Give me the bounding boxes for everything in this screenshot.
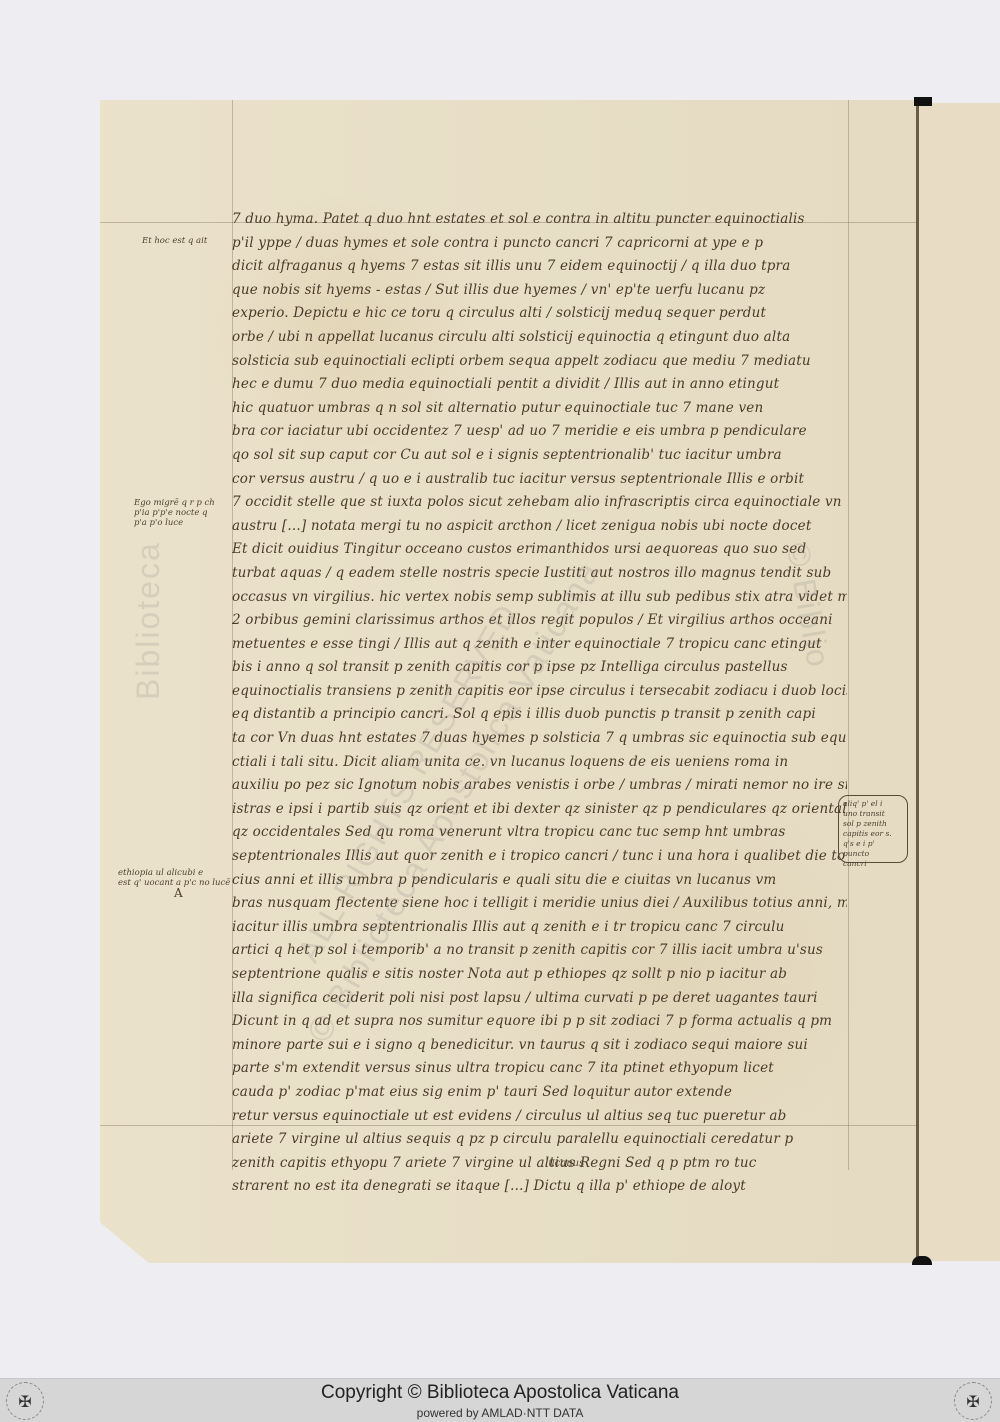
- margin-note-2-line: Ego migrē q r p ch: [134, 498, 215, 508]
- text-line: p'il yppe / duas hymes et sole contra i …: [232, 232, 847, 256]
- text-line: strarent no est ita denegrati se itaque …: [232, 1175, 847, 1199]
- text-line: qz occidentales Sed qu roma venerunt vlt…: [232, 821, 847, 845]
- text-line: eq distantib a principio cancri. Sol q e…: [232, 703, 847, 727]
- boxed-note-line: sol p zenith: [843, 819, 903, 829]
- text-line: austru [...] notata mergi tu no aspicit …: [232, 515, 847, 539]
- text-line: 7 duo hyma. Patet q duo hnt estates et s…: [232, 208, 847, 232]
- margin-note-3: ethiopia ul alicubi e est q' uocant a p'…: [118, 868, 230, 898]
- text-line: occasus vn virgilius. hic vertex nobis s…: [232, 586, 847, 610]
- text-line: ariete 7 virgine ul altius sequis q pz p…: [232, 1128, 847, 1152]
- boxed-note-line: capitis eor s.: [843, 829, 903, 839]
- text-line: septentrionales Illis aut quor zenith e …: [232, 845, 847, 869]
- text-line: cor versus austru / q uo e i australib t…: [232, 468, 847, 492]
- text-line: cauda p' zodiac p'mat eius sig enim p' t…: [232, 1081, 847, 1105]
- text-line: ctiali i tali situ. Dicit aliam unita ce…: [232, 751, 847, 775]
- text-line: experio. Depictu e hic ce toru q circulu…: [232, 302, 847, 326]
- text-line: Et dicit ouidius Tingitur occeano custos…: [232, 538, 847, 562]
- text-line: auxiliu po pez sic Ignotum nobis arabes …: [232, 774, 847, 798]
- text-line: que nobis sit hyems - estas / Sut illis …: [232, 279, 847, 303]
- text-line: parte s'm extendit versus sinus ultra tr…: [232, 1057, 847, 1081]
- margin-note-2-line: p'a p'o luce: [134, 518, 215, 528]
- text-line: hic quatuor umbras q n sol sit alternati…: [232, 397, 847, 421]
- vatican-seal-right-icon: ✠: [954, 1382, 992, 1420]
- boxed-note-line: cancri: [843, 859, 903, 869]
- margin-note-3-line: ethiopia ul alicubi e: [118, 868, 230, 878]
- boxed-note-line: aliq' p' el i: [843, 799, 903, 809]
- seal-ring: [954, 1382, 992, 1420]
- text-line: hec e dumu 7 duo media equinoctiali pent…: [232, 373, 847, 397]
- text-line: septentrione qualis e sitis noster Nota …: [232, 963, 847, 987]
- page-gutter: [916, 100, 919, 1263]
- powered-by: powered by AMLAD·NTT DATA: [0, 1406, 1000, 1420]
- watermark-left: Biblioteca: [130, 541, 167, 700]
- copyright-title: Copyright © Biblioteca Apostolica Vatica…: [0, 1382, 1000, 1404]
- margin-note-2: Ego migrē q r p ch p'ia p'p'e nocte q p'…: [134, 498, 215, 528]
- text-line: zenith capitis ethyopu 7 ariete 7 virgin…: [232, 1152, 847, 1176]
- text-line: istras e ipsi i partib suis qz orient et…: [232, 798, 847, 822]
- text-line: turbat aquas / q eadem stelle nostris sp…: [232, 562, 847, 586]
- text-line: retur versus equinoctiale ut est evidens…: [232, 1105, 847, 1129]
- text-line: dicit alfraganus q hyems 7 estas sit ill…: [232, 255, 847, 279]
- boxed-note-line: uno transit: [843, 809, 903, 819]
- copyright-footer: ✠ Copyright © Biblioteca Apostolica Vati…: [0, 1378, 1000, 1422]
- text-line: solsticia sub equinoctiali eclipti orbem…: [232, 350, 847, 374]
- margin-note-3-mark: A: [118, 888, 230, 898]
- margin-note-1: Et hoc est q ait: [142, 236, 207, 246]
- text-line: bra cor iaciatur ubi occidentez 7 uesp' …: [232, 420, 847, 444]
- page-clip-bottom: [912, 1256, 932, 1265]
- manuscript-text: 7 duo hyma. Patet q duo hnt estates et s…: [232, 208, 847, 1199]
- facing-page-edge: [918, 103, 1000, 1261]
- margin-note-2-line: p'ia p'p'e nocte q: [134, 508, 215, 518]
- ruling-right: [848, 100, 849, 1170]
- catchword: lucanus: [545, 1158, 584, 1169]
- boxed-note-line: q's e i p' puncto: [843, 839, 903, 859]
- text-line: ta cor Vn duas hnt estates 7 duas hyemes…: [232, 727, 847, 751]
- text-line: 7 occidit stelle que st iuxta polos sicu…: [232, 491, 847, 515]
- text-line: orbe / ubi n appellat lucanus circulu al…: [232, 326, 847, 350]
- text-line: qo sol sit sup caput cor Cu aut sol e i …: [232, 444, 847, 468]
- boxed-margin-note: aliq' p' el i uno transit sol p zenith c…: [838, 795, 908, 863]
- page-clip-top: [914, 97, 932, 106]
